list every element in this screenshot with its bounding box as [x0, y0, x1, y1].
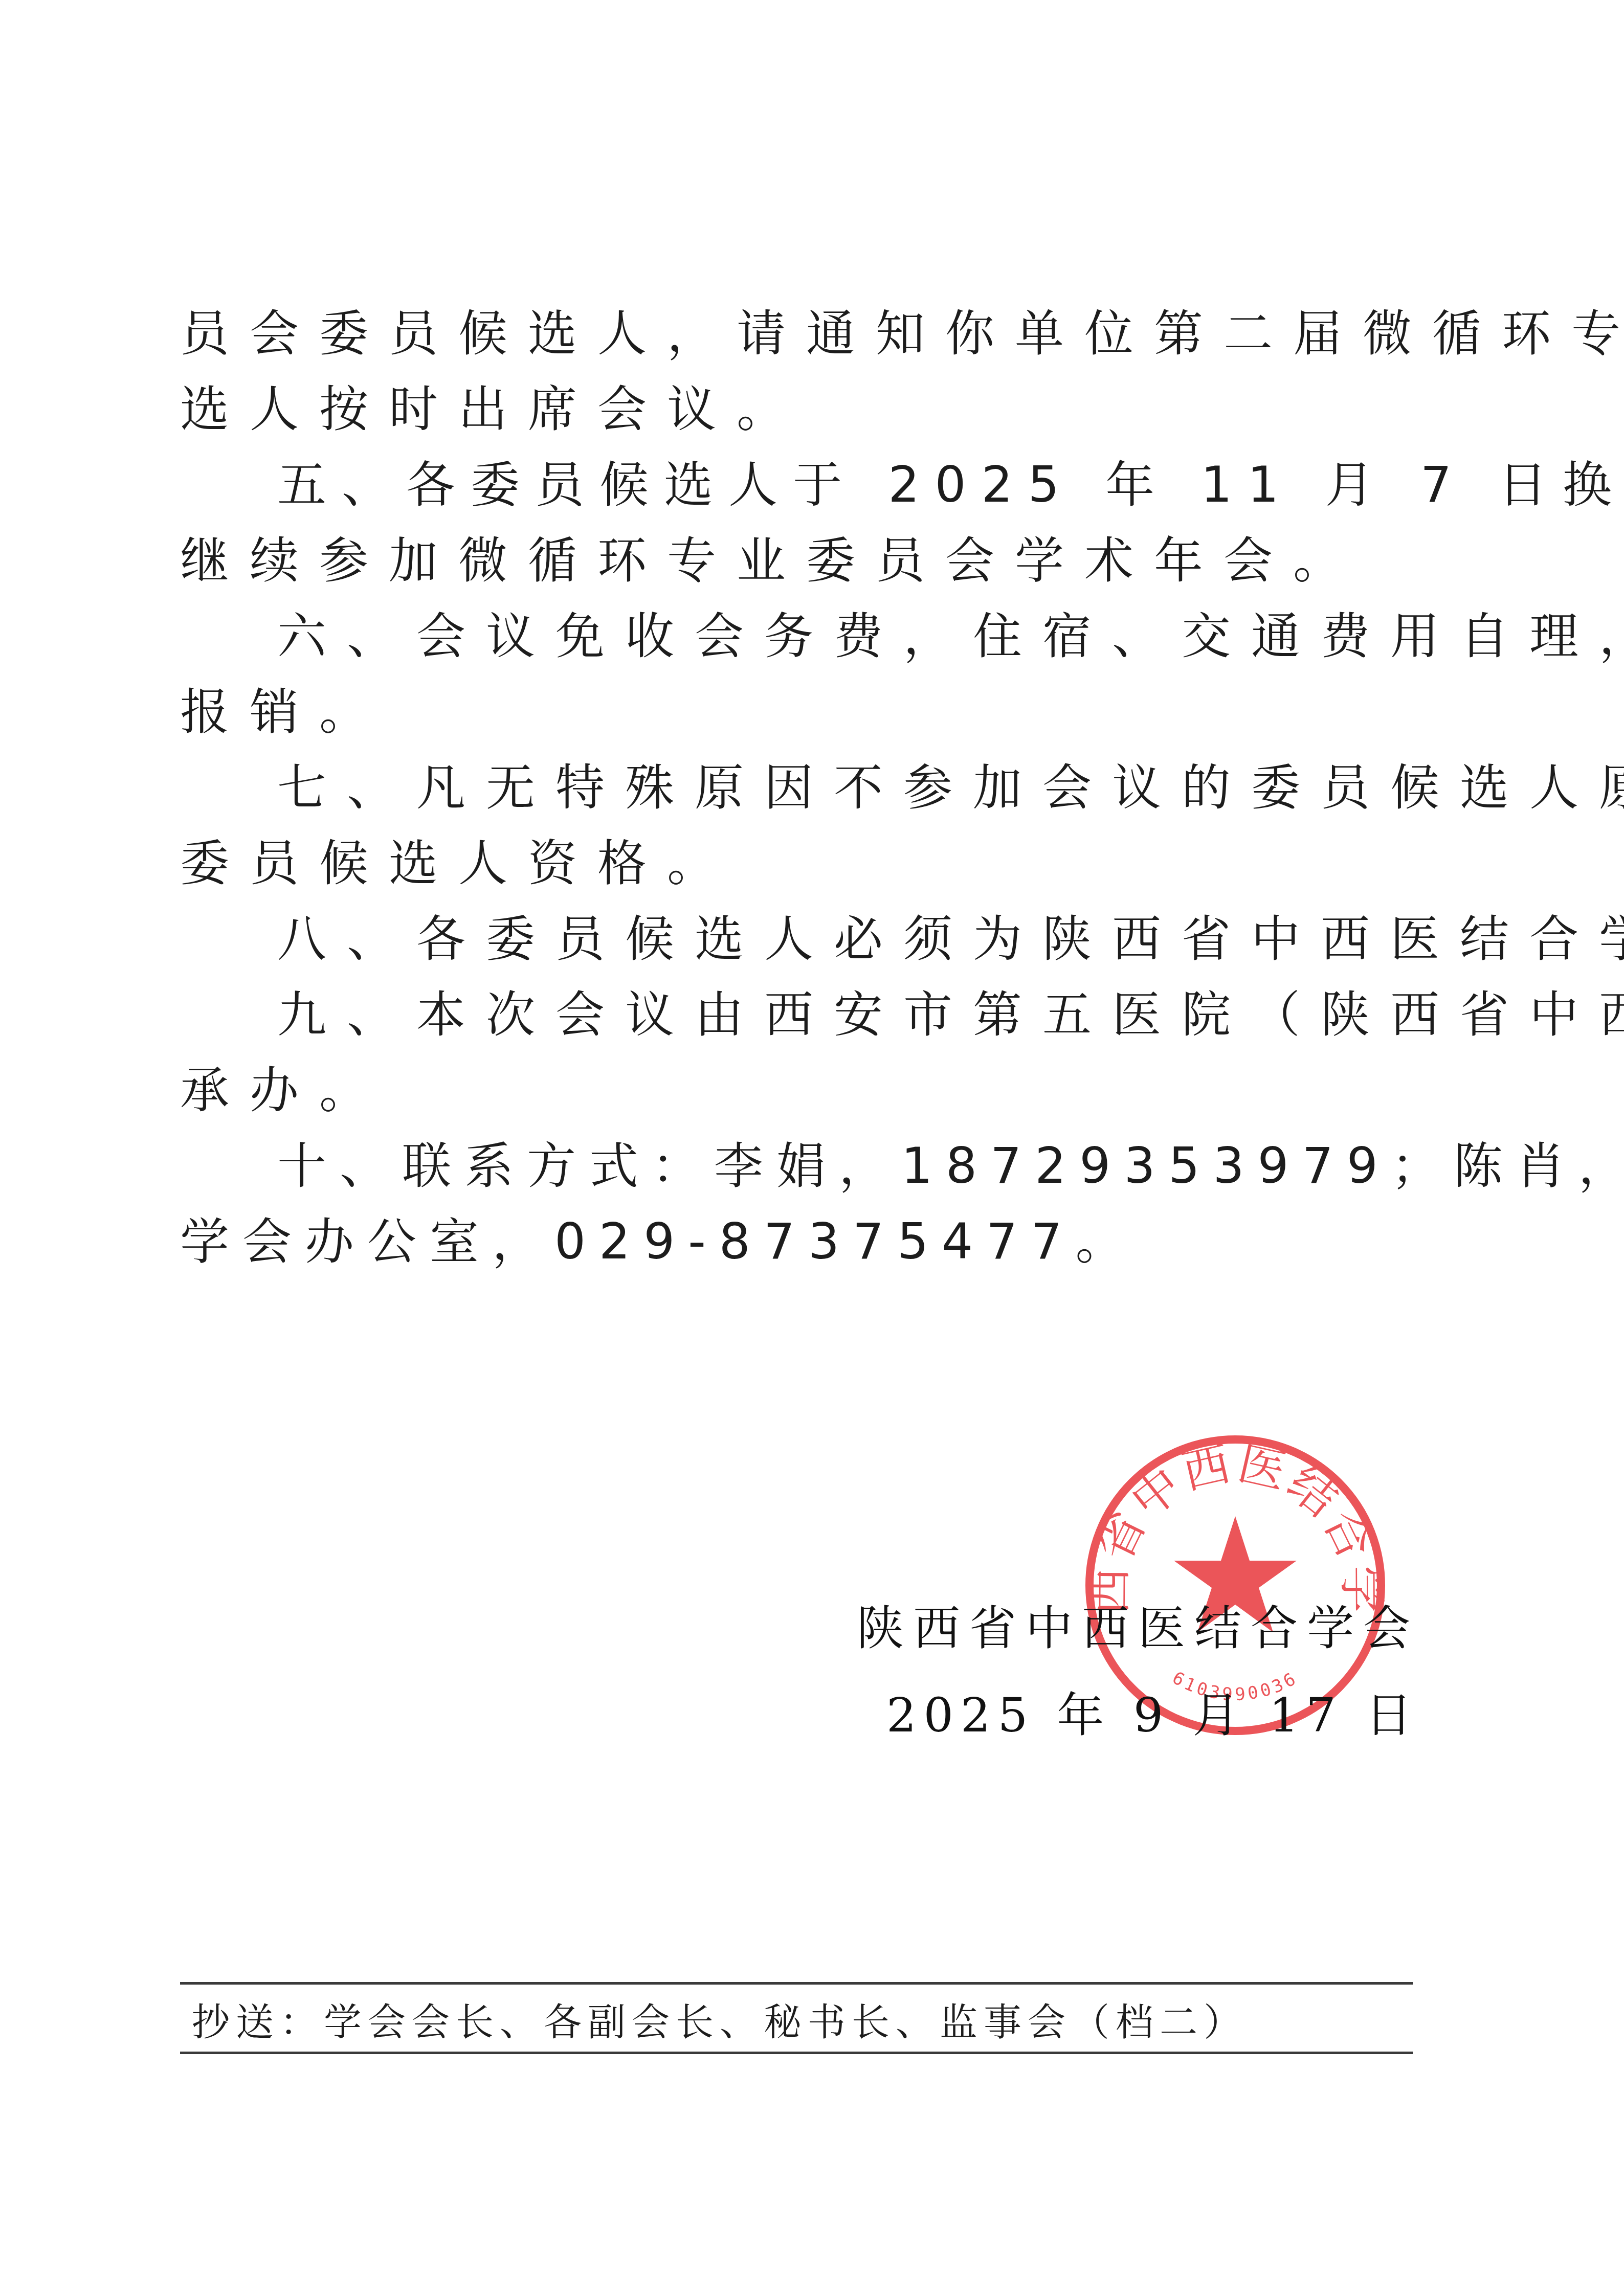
paragraph-5-line-2: 继续参加微循环专业委员会学术年会。: [180, 530, 1363, 591]
paragraph-7-line-1: 七、凡无特殊原因不参加会议的委员候选人原则上不保留其: [277, 757, 1624, 818]
paragraph-9-line-2: 承办。: [180, 1060, 389, 1121]
signature-date: 2025 年 9 月 17 日: [886, 1687, 1419, 1744]
paragraph-6-line-1: 六、会议免收会务费，住宿、交通费用自理，按规定回单位: [277, 605, 1624, 667]
paragraph-7-line-2: 委员候选人资格。: [180, 832, 737, 894]
paragraph-6-line-2: 报销。: [180, 681, 389, 742]
paragraph-8-line-1: 八、各委员候选人必须为陕西省中西医结合学会会员。: [277, 908, 1624, 970]
cc-divider-bottom: [180, 2052, 1413, 2054]
body-line: 选人按时出席会议。: [180, 378, 806, 440]
paragraph-10-line-2: 学会办公室，029-87375477。: [180, 1211, 1138, 1272]
paragraph-5-line-1: 五、各委员候选人于 2025 年 11 月 7 日换届选举大会之后，: [277, 454, 1624, 515]
cc-divider-top: [180, 1982, 1413, 1985]
cc-distribution: 抄送：学会会长、各副会长、秘书长、监事会（档二）: [192, 1997, 1248, 2048]
paragraph-9-line-1: 九、本次会议由西安市第五医院（陕西省中西医结合医院）: [277, 984, 1624, 1045]
body-line: 员会委员候选人，请通知你单位第二届微循环专业委员会委员候: [180, 303, 1624, 364]
paragraph-10-line-1: 十、联系方式：李娟，18729353979；陈肖，18700086623；: [277, 1135, 1624, 1197]
document-page: 员会委员候选人，请通知你单位第二届微循环专业委员会委员候 选人按时出席会议。 五…: [0, 0, 1624, 2296]
signature-organization: 陕西省中西医结合学会: [857, 1601, 1419, 1657]
